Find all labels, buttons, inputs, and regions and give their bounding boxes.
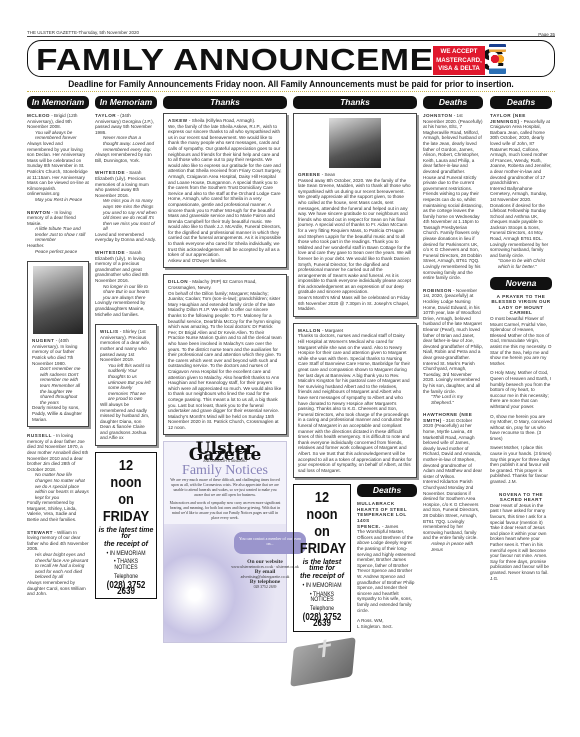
notice-mcleod: MCLEOD - Brigid (12th Anniversary), died… — [27, 113, 89, 203]
notice-text: - In loving memory of a dear father Joe … — [27, 433, 88, 472]
column-in-memoriam-1: In Memoriam MCLEOD - Brigid (12th Annive… — [27, 96, 89, 604]
title-banner: FAMILY ANNOUNCEMENTS WE ACCEPT MASTERCAR… — [27, 40, 555, 77]
notice-body: Always loved and remembered by your lovi… — [27, 141, 89, 197]
notice-closing: Malachy's Month's Mind will be held on S… — [168, 414, 282, 431]
deadline-notice: Deadline for Family Announcements Friday… — [45, 79, 536, 89]
notice-whiteside-2: WHITESIDE - Sarah Elizabeth (Lily). In l… — [95, 250, 157, 317]
section-heading: Thanks — [163, 96, 287, 109]
notice-verse: His dear bright eyes and cheerful face A… — [27, 552, 89, 580]
notice-name: SPENCE. — [357, 524, 381, 529]
section-heading: Thanks — [293, 96, 417, 109]
section-heading: Deaths — [423, 96, 483, 109]
ad-item1: • IN MEMORIAM — [104, 551, 149, 557]
section-heading: In Memoriam — [27, 96, 89, 109]
ad-tel-label: Telephone — [104, 574, 149, 580]
notice-newton: NEWTON - In loving memory of a dear frie… — [27, 210, 89, 255]
ad-line2: FRIDAY — [102, 508, 150, 525]
notice-text: - Sheila (Killylea Road, Armagh). — [189, 118, 255, 123]
notice-closing: May you Rest in Peace — [27, 197, 89, 203]
payment-badge: WE ACCEPT MASTERCARD, VISA & DELTA — [433, 46, 485, 75]
notice-taylor: TAYLOR - (34th Anniversary) Georgina (J.… — [95, 113, 157, 163]
notice-body: Dearly missed by sons, Paddy, Willie & d… — [32, 405, 84, 422]
section-heading: Novena — [490, 277, 552, 290]
notice-verse: You will always be remembered forever — [27, 130, 89, 141]
notice-text: - Sean — [322, 172, 336, 177]
masthead-line: THE ULSTER GAZETTE-Thursday, 5th Novembe… — [27, 30, 555, 35]
notice-verse: We miss you in so many ways We miss the … — [95, 198, 157, 232]
notice-text: - Sarah Elizabeth (Lily). In loving memo… — [95, 250, 148, 283]
notice-hawthorne: HAWTHORNE (NEE SMITH) - 31st October 202… — [423, 412, 483, 552]
notice-name: MCLEOD — [27, 113, 50, 118]
prayer-sacred-heart: NOVENA TO THE SACRED HEART Dear Heart of… — [490, 492, 552, 582]
notice-text: - 31st October 2020 (Peacefully) at her … — [423, 418, 482, 479]
flower-image: You can contact a member of our team on.… — [164, 524, 286, 642]
column-deaths-1: Deaths JOHNSTON - 1st November 2020. (Pe… — [423, 96, 483, 559]
notice-text: - Shirley (1st Anniversary). Precious me… — [100, 329, 150, 362]
ad-line1: 12 noon on — [102, 457, 150, 508]
notice-body: On behalf of the Dillon family; Margaret… — [168, 291, 282, 414]
notice-body: The Worshipful Master, Officers and Bret… — [357, 529, 417, 613]
ad-phone: (028) 3752 2639 — [301, 615, 343, 626]
prayer-paragraph: Dear Heart of Jesus in the past I have a… — [490, 503, 552, 581]
ad-line1: 12 noon on — [300, 489, 344, 540]
ad-line2: FRIDAY — [300, 540, 344, 557]
deadline-ad: 12 noon on FRIDAY is the latest time for… — [293, 484, 351, 631]
portrait-photo — [33, 266, 83, 334]
notice-body: Passed away 8th October, 2020. We the fa… — [298, 178, 412, 295]
notice-robinson: ROBINSON - November 1st, 2020, (peaceful… — [423, 288, 483, 405]
section-heading: In Memoriam — [95, 96, 157, 109]
ad-masthead: Ulster Gazette — [169, 447, 281, 458]
notice-verse: No matter how life changes No matter wha… — [27, 472, 89, 500]
notice-name: STEWART — [27, 530, 53, 535]
ad-item1: • IN MEMORIAM — [301, 583, 343, 589]
notice-willis: WILLIS - Shirley (1st Anniversary). Prec… — [95, 324, 157, 446]
notice-body: Fondly remembered by Margaret, Shirley, … — [27, 500, 89, 522]
deadline-column: 12 noon on FRIDAY is the latest time for… — [293, 484, 351, 681]
notice-text: - Peacefully at Craigavon Area Hospital,… — [490, 119, 552, 186]
ad-line3: is the latest time for — [296, 560, 348, 571]
notice-text: - Margaret — [322, 328, 343, 333]
lodge-name: MULLABRACK HEARTS OF STEEL TEMPERANCE LO… — [357, 501, 417, 523]
notice-name: TAYLOR — [95, 113, 116, 118]
column-thanks-2: Thanks GREENE - Sean Passed away 8th Oct… — [293, 96, 417, 682]
prayer-paragraph: O most beautiful Flower of Mount Carmel,… — [490, 316, 552, 366]
card-logos — [489, 44, 507, 77]
notice-stewart: STEWART - William In loving memory of ou… — [27, 530, 89, 597]
notice-body: Lovingly remembered by granddaughters Ma… — [95, 300, 157, 317]
notice-askew: ASKEW - Sheila (Killylea Road, Armagh). … — [163, 113, 287, 268]
notice-name: ASKEW — [168, 118, 188, 123]
ad-tel-label: Telephone — [301, 606, 343, 612]
notice-spence: MULLABRACK HEARTS OF STEEL TEMPERANCE LO… — [357, 501, 417, 629]
section-heading: Deaths — [490, 96, 552, 109]
prayer-title: A PRAYER TO THE BLESSED VIRGIN OUR LADY … — [490, 294, 552, 316]
notice-verse: No longer in our life to share But in ou… — [95, 284, 157, 301]
notice-verse: Don't remember me with sadness Don't rem… — [32, 366, 84, 405]
notice-text: - November 1st, 2020, (peacefully) at Ho… — [423, 288, 483, 360]
notice-name: RUSSELL — [27, 433, 52, 438]
ad-title: Family Notices — [169, 468, 281, 474]
notice-dillon: DILLON - Malachy (RIP) 62 Carron Road, C… — [163, 274, 287, 435]
mastercard-icon — [489, 55, 506, 63]
notice-name: NUGENT — [32, 338, 54, 343]
ad-item2: • THANKS NOTICES — [301, 592, 343, 603]
bottom-row: 12 noon on FRIDAY is the latest time for… — [293, 484, 417, 681]
notice-closing: Askew and O'Dwyer families. — [168, 258, 282, 264]
notice-body: Interred St. Mark's Parish Churchyard, A… — [423, 361, 483, 395]
notice-verse: "Gone to be with Christ which is far bet… — [490, 258, 552, 269]
notice-body: Thanks to doctors, nurses and medical st… — [298, 333, 412, 473]
signature-2: L Singleton. Sect. — [357, 624, 417, 630]
notice-verse: "The Lord is my Shepherd." — [423, 394, 483, 405]
prayer-paragraph: O Holy Mary, Mother of God, Queen of Hea… — [490, 370, 552, 409]
notice-body: House and Funeral strictly private due t… — [423, 175, 483, 281]
portrait-photo — [329, 118, 381, 168]
prayer-mount-carmel: A PRAYER TO THE BLESSED VIRGIN OUR LADY … — [490, 294, 552, 485]
notice-body: Always remembered by daughter Carol, son… — [27, 580, 89, 597]
notice-text: - James — [382, 524, 398, 529]
notice-body: We, the family of the late Sheila Askew,… — [168, 124, 282, 258]
column-deaths-2: Deaths TAYLOR (NEE JENNINGS) - Peacefull… — [490, 96, 552, 588]
delta-icon — [489, 66, 506, 74]
notice-closing: Sean's Month's Mind Mass will be celebra… — [298, 295, 412, 312]
notice-name: NEWTON — [27, 210, 50, 215]
ad-line4: the receipt of — [98, 542, 154, 548]
deaths-column: Deaths MULLABRACK HEARTS OF STEEL TEMPER… — [357, 484, 417, 681]
notice-body: Interred Kildarton Parish Churchyard Mon… — [423, 479, 483, 541]
notice-verse: You left this world so suddenly Your tho… — [100, 363, 152, 402]
notice-verse: Asleep in peace with Jesus — [423, 541, 483, 552]
ad-paragraph: We are very much aware of these difficul… — [169, 478, 281, 498]
prayer-title: NOVENA TO THE SACRED HEART — [490, 492, 552, 503]
ad-item2: • THANKS NOTICES — [104, 559, 149, 570]
deadline-ad: 12 noon on FRIDAY is the latest time for… — [95, 452, 157, 599]
notice-mallon: MALLON - Margaret Thanks to doctors, nur… — [293, 323, 417, 478]
section-heading: Deaths — [357, 484, 417, 497]
notice-body: Loved and remembered everyday by Donna a… — [95, 232, 157, 243]
header-rule — [27, 36, 555, 37]
notice-name: DILLON — [168, 279, 188, 284]
column-in-memoriam-2: In Memoriam TAYLOR - (34th Anniversary) … — [95, 96, 157, 599]
ad-phone: (028) 3752 2639 — [104, 583, 149, 594]
notice-closing: Peace perfect peace — [27, 249, 89, 255]
notice-body: Will always be remembered and sadly miss… — [100, 402, 152, 441]
notice-body: Always remembered by son Bill, Dunningto… — [95, 152, 157, 163]
notice-verse: A little tribute True and tender Just to… — [27, 226, 89, 243]
ad-line4: the receipt of — [296, 574, 348, 580]
dotted-rule — [27, 91, 555, 92]
prayer-paragraph: Sweet Mother, I place this cause in your… — [490, 445, 552, 484]
notice-name: WHITESIDE — [95, 170, 125, 175]
notice-nugent: NUGENT - (40th Anniversary). In loving m… — [27, 261, 89, 427]
ad-line3: is the latest time for — [98, 528, 154, 539]
notice-body: Interred Ballynahone Cemetery, Armagh, S… — [490, 186, 552, 259]
ad-paragraph: Main notices and words of sympathy now c… — [169, 501, 281, 521]
notice-name: JOHNSTON — [423, 113, 452, 118]
notice-greene: GREENE - Sean Passed away 8th October, 2… — [293, 113, 417, 317]
family-notices-ad: Ulster Gazette AND ARMAGH STANDARD Famil… — [163, 441, 287, 642]
visa-icon — [489, 44, 506, 52]
notice-text: - 1st November 2020. (Peacefully) at his… — [423, 113, 483, 174]
notice-name: WILLIS — [100, 329, 119, 334]
column-thanks-1: Thanks ASKEW - Sheila (Killylea Road, Ar… — [163, 96, 287, 643]
bible-icon — [290, 637, 355, 687]
paper-date: THE ULSTER GAZETTE-Thursday, 5th Novembe… — [27, 30, 139, 35]
notice-russell: RUSSELL - In loving memory of a dear fat… — [27, 433, 89, 523]
notice-verse: Never more than a thought away. Loved an… — [95, 135, 157, 152]
notice-johnston: JOHNSTON - 1st November 2020. (Peacefull… — [423, 113, 483, 281]
notice-name: GREENE — [298, 172, 320, 177]
notice-name: MALLON — [298, 328, 321, 333]
notice-taylor-jennings: TAYLOR (NEE JENNINGS) - Peacefully at Cr… — [490, 113, 552, 270]
prayer-paragraph: O, show me herein you are my Mother, O M… — [490, 414, 552, 442]
notice-name: WHITESIDE — [95, 250, 125, 255]
notice-whiteside-1: WHITESIDE - Sarah Elizabeth (Lily). Prec… — [95, 170, 157, 243]
notice-name: ROBINSON — [423, 288, 452, 293]
